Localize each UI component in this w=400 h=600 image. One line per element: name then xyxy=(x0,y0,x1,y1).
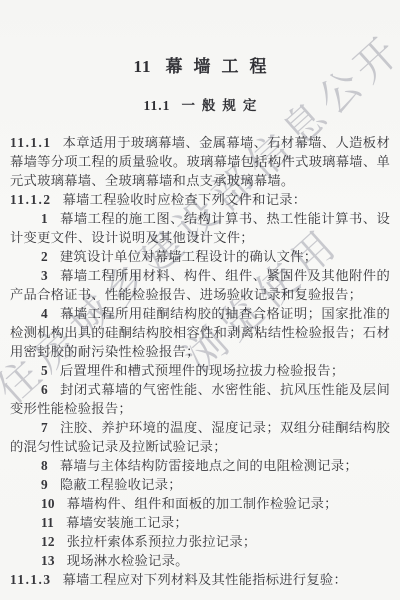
clause-text: 幕墙工程所用硅酮结构胶的抽查合格证明；国家批准的检测机构出具的硅酮结构胶相容性和… xyxy=(10,306,390,359)
document-body: 11幕墙工程 11.1一般规定 11.1.1本章适用于玻璃幕墙、金属幕墙、石材幕… xyxy=(0,57,400,589)
clause-number: 11.1.1 xyxy=(10,135,52,150)
clause-paragraph: 13现场淋水检验记录。 xyxy=(10,551,390,570)
section-title: 11.1一般规定 xyxy=(0,98,400,114)
clause-number: 5 xyxy=(41,363,48,378)
clause-text: 幕墙工程所用材料、构件、组件、紧固件及其他附件的产品合格证书、性能检验报告、进场… xyxy=(10,268,390,302)
clause-number: 3 xyxy=(41,268,48,283)
chapter-title: 11幕墙工程 xyxy=(0,57,400,77)
clause-paragraph: 12张拉杆索体系预拉力张拉记录； xyxy=(10,532,390,551)
clause-text: 现场淋水检验记录。 xyxy=(67,553,189,568)
clause-paragraph: 5后置埋件和槽式预埋件的现场拉拔力检验报告； xyxy=(10,361,390,380)
clause-number: 7 xyxy=(41,420,48,435)
clause-number: 13 xyxy=(41,553,55,568)
clause-text: 后置埋件和槽式预埋件的现场拉拔力检验报告； xyxy=(60,363,344,378)
clause-text: 幕墙与主体结构防雷接地点之间的电阻检测记录； xyxy=(60,458,358,473)
clause-paragraph: 3幕墙工程所用材料、构件、组件、紧固件及其他附件的产品合格证书、性能检验报告、进… xyxy=(10,266,390,304)
clause-number: 2 xyxy=(41,249,48,264)
clause-paragraph: 10幕墙构件、组件和面板的加工制作检验记录； xyxy=(10,494,390,513)
clause-paragraph: 11幕墙安装施工记录； xyxy=(10,513,390,532)
clause-text: 幕墙工程应对下列材料及其性能指标进行复验： xyxy=(63,572,347,587)
clause-text: 幕墙工程的施工图、结构计算书、热工性能计算书、设计变更文件、设计说明及其他设计文… xyxy=(10,211,390,245)
chapter-number: 11 xyxy=(133,57,151,76)
clause-list: 11.1.1本章适用于玻璃幕墙、金属幕墙、石材幕墙、人造板材幕墙等分项工程的质量… xyxy=(10,133,390,589)
clause-number: 1 xyxy=(41,211,48,226)
clause-number: 8 xyxy=(41,458,48,473)
clause-number: 6 xyxy=(41,382,48,397)
document-page: 住房城乡建设部信息公开 浏览使用 11幕墙工程 11.1一般规定 11.1.1本… xyxy=(0,0,400,600)
clause-number: 9 xyxy=(41,477,48,492)
clause-text: 张拉杆索体系预拉力张拉记录； xyxy=(67,534,257,549)
clause-paragraph: 11.1.3幕墙工程应对下列材料及其性能指标进行复验： xyxy=(10,570,390,589)
chapter-title-text: 幕墙工程 xyxy=(166,57,278,76)
clause-paragraph: 8幕墙与主体结构防雷接地点之间的电阻检测记录； xyxy=(10,456,390,475)
clause-paragraph: 11.1.2幕墙工程验收时应检查下列文件和记录： xyxy=(10,190,390,209)
clause-paragraph: 11.1.1本章适用于玻璃幕墙、金属幕墙、石材幕墙、人造板材幕墙等分项工程的质量… xyxy=(10,133,390,190)
section-number: 11.1 xyxy=(144,98,171,113)
clause-text: 建筑设计单位对幕墙工程设计的确认文件； xyxy=(60,249,317,264)
clause-paragraph: 7注胶、养护环境的温度、湿度记录；双组分硅酮结构胶的混匀性试验记录及拉断试验记录… xyxy=(10,418,390,456)
clause-number: 4 xyxy=(41,306,48,321)
clause-number: 11.1.2 xyxy=(10,192,52,207)
clause-number: 10 xyxy=(41,496,55,511)
clause-paragraph: 6封闭式幕墙的气密性能、水密性能、抗风压性能及层间变形性能检验报告； xyxy=(10,380,390,418)
clause-number: 12 xyxy=(41,534,55,549)
clause-text: 封闭式幕墙的气密性能、水密性能、抗风压性能及层间变形性能检验报告； xyxy=(10,382,390,416)
clause-paragraph: 9隐蔽工程验收记录； xyxy=(10,475,390,494)
clause-paragraph: 2建筑设计单位对幕墙工程设计的确认文件； xyxy=(10,247,390,266)
clause-text: 隐蔽工程验收记录； xyxy=(60,477,182,492)
clause-paragraph: 1幕墙工程的施工图、结构计算书、热工性能计算书、设计变更文件、设计说明及其他设计… xyxy=(10,209,390,247)
clause-text: 幕墙安装施工记录； xyxy=(66,515,188,530)
clause-number: 11.1.3 xyxy=(10,572,52,587)
clause-text: 本章适用于玻璃幕墙、金属幕墙、石材幕墙、人造板材幕墙等分项工程的质量验收。玻璃幕… xyxy=(10,135,390,188)
clause-text: 幕墙工程验收时应检查下列文件和记录： xyxy=(63,192,307,207)
clause-paragraph: 4幕墙工程所用硅酮结构胶的抽查合格证明；国家批准的检测机构出具的硅酮结构胶相容性… xyxy=(10,304,390,361)
clause-number: 11 xyxy=(41,515,54,530)
clause-text: 幕墙构件、组件和面板的加工制作检验记录； xyxy=(67,496,338,511)
clause-text: 注胶、养护环境的温度、湿度记录；双组分硅酮结构胶的混匀性试验记录及拉断试验记录； xyxy=(10,420,390,454)
section-title-text: 一般规定 xyxy=(181,98,263,113)
